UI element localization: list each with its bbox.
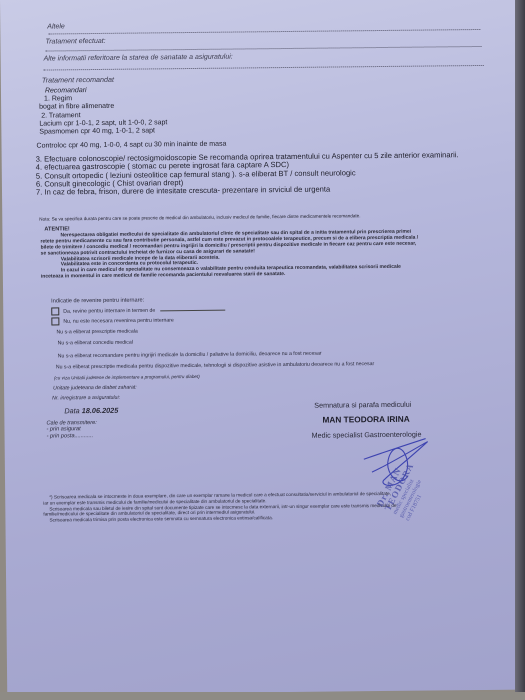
recommendation-items: 3. Efectuare colonoscopie/ rectosigmoido… [36, 151, 459, 197]
diabet-unit-label: Unitate judeteana de diabet zaharat: [53, 385, 137, 392]
date-row: Data 18.06.2025 [64, 406, 118, 416]
field-tratament-efectuat: Tratament efectuat: [45, 38, 105, 46]
revenire-option-nu[interactable]: Nu, nu este necesara revenirea pentru in… [51, 316, 174, 325]
statement-ingrijiri: Nu s-a eliberat recomandare pentru ingri… [58, 351, 322, 360]
statement-dispozitive: Nu s-a eliberat prescriptie medicala pen… [56, 361, 374, 370]
field-alte-informatii-line [44, 65, 484, 71]
signature-label: Semnatura si parafa medicului [314, 400, 411, 410]
recommendation-item: 7. In caz de febra, frison, durere de in… [36, 184, 459, 197]
medical-letter-page: Altele Tratament efectuat: Alte informat… [0, 0, 522, 695]
recommendation-line: Spasmomen cpr 40 mg, 1-0-1, 2 sapt [39, 127, 167, 137]
controloc-line: Controloc cpr 40 mg, 1-0-0, 4 sapt cu 30… [36, 141, 226, 151]
atentie-line: inceteaza in momentul in care medicul de… [41, 271, 419, 281]
revenire-option-da[interactable]: Da, revine pentru internare in termen de [51, 306, 226, 316]
checkbox-nu[interactable] [51, 317, 59, 325]
statement-prescriptie: Nu s-a eliberat prescriptie medicala [56, 329, 137, 336]
doctor-name: MAN TEODORA IRINA [322, 414, 409, 425]
table-surface-right [515, 0, 525, 700]
nr-inregistrare-label: Nr. inregistrare a asiguratului: [52, 395, 120, 402]
nota-text: Nota: Se va specifica durata pentru care… [39, 213, 360, 221]
revenire-option-nu-label: Nu, nu este necesara revenirea pentru in… [63, 318, 174, 325]
revenire-option-da-label: Da, revine pentru internare in termen de [63, 308, 155, 315]
date-value: 18.06.2025 [82, 406, 119, 415]
table-surface-bottom [0, 692, 525, 700]
atentie-block: ATENTIE! Nerespectarea obligatiei medicu… [40, 224, 418, 281]
checkbox-da[interactable] [51, 307, 59, 315]
field-alte-informatii: Alte informatii referitoare la starea de… [44, 54, 233, 63]
transmitere-option: - prin posta............ [47, 433, 97, 440]
statement-concediu: Nu s-a eliberat concediu medical [58, 340, 133, 347]
field-altele-line [48, 29, 480, 35]
field-altele: Altele [47, 23, 65, 30]
field-tratament-efectuat-line [46, 46, 482, 52]
diabet-note: (cu viza Unitatii judetene de implementa… [54, 374, 200, 381]
date-label: Data [64, 406, 80, 415]
recommendations-block: Recomandari 1. Regim bogat in fibre alim… [39, 86, 168, 137]
transmitere-block: Cale de transmitere: - prin asigurat - p… [46, 420, 97, 440]
footnotes-block: *) Scrisoarea medicala se intocmeste in … [43, 491, 397, 524]
revenire-term-field[interactable] [161, 310, 226, 312]
revenire-label: Indicatie de revenire pentru internare: [51, 298, 144, 305]
field-tratament-recomandat: Tratament recomandat [42, 75, 114, 85]
